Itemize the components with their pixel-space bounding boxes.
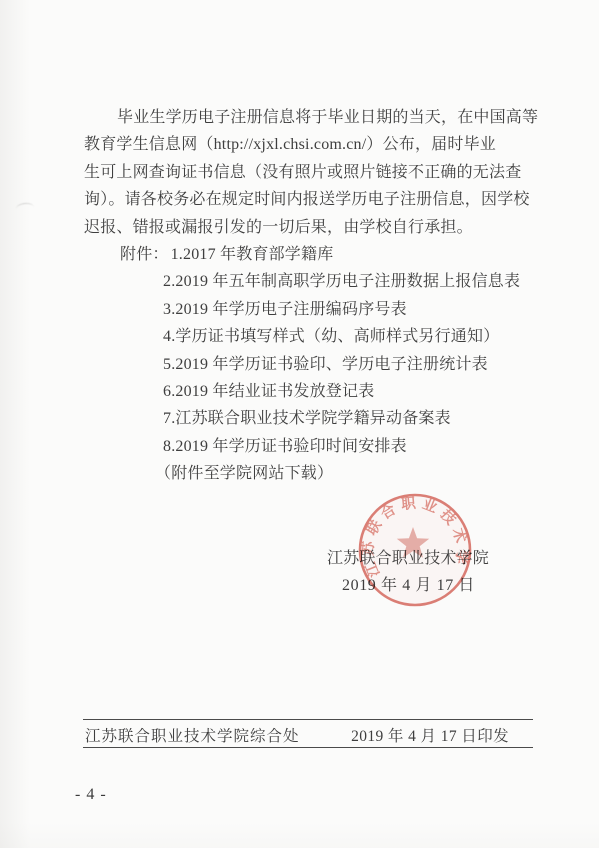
footer-rule-top <box>83 719 533 720</box>
attachment-item: 2.2019 年五年制高职学历电子注册数据上报信息表 <box>84 268 540 295</box>
attachment-item: 4.学历证书填写样式（幼、高师样式另行通知） <box>84 323 540 350</box>
scan-artifact <box>16 202 35 214</box>
footer-print-date: 2019 年 4 月 17 日印发 <box>351 724 509 746</box>
page-number: - 4 - <box>75 786 107 804</box>
paragraph-line: 询）。请各校务必在规定时间内报送学历电子注册信息，因学校 <box>84 186 540 213</box>
attachments-download-note: （附件至学院网站下载） <box>84 460 540 487</box>
footer-rule-bottom <box>83 747 533 748</box>
footer-row: 江苏联合职业技术学院综合处 2019 年 4 月 17 日印发 <box>85 724 509 746</box>
signature-organization: 江苏联合职业技术学院 <box>327 545 489 568</box>
paragraph-line: 教育学生信息网（http://xjxl.chsi.com.cn/）公布，届时毕业 <box>84 131 540 158</box>
paragraph-line: 毕业生学历电子注册信息将于毕业日期的当天，在中国高等 <box>84 104 540 131</box>
attachments-heading: 附件：1.2017 年教育部学籍库 <box>84 241 540 268</box>
paragraph-line: 迟报、错报或漏报引发的一切后果，由学校自行承担。 <box>84 214 540 241</box>
attachment-item: 8.2019 年学历证书验印时间安排表 <box>84 433 540 460</box>
footer-issuing-office: 江苏联合职业技术学院综合处 <box>85 724 300 746</box>
attachments-label: 附件： <box>120 246 169 263</box>
attachment-item: 5.2019 年学历证书验印、学历电子注册统计表 <box>84 351 540 378</box>
signature-date: 2019 年 4 月 17 日 <box>342 572 475 595</box>
paragraph-line: 生可上网查询证书信息（没有照片或照片链接不正确的无法查 <box>84 159 540 186</box>
scanned-document-page: 毕业生学历电子注册信息将于毕业日期的当天，在中国高等 教育学生信息网（http:… <box>0 0 599 848</box>
attachment-item: 3.2019 年学历电子注册编码序号表 <box>84 296 540 323</box>
attachment-item: 6.2019 年结业证书发放登记表 <box>84 378 540 405</box>
attachment-item: 1.2017 年教育部学籍库 <box>171 246 334 263</box>
document-body: 毕业生学历电子注册信息将于毕业日期的当天，在中国高等 教育学生信息网（http:… <box>84 104 540 488</box>
attachment-item: 7.江苏联合职业技术学院学籍异动备案表 <box>84 405 540 432</box>
